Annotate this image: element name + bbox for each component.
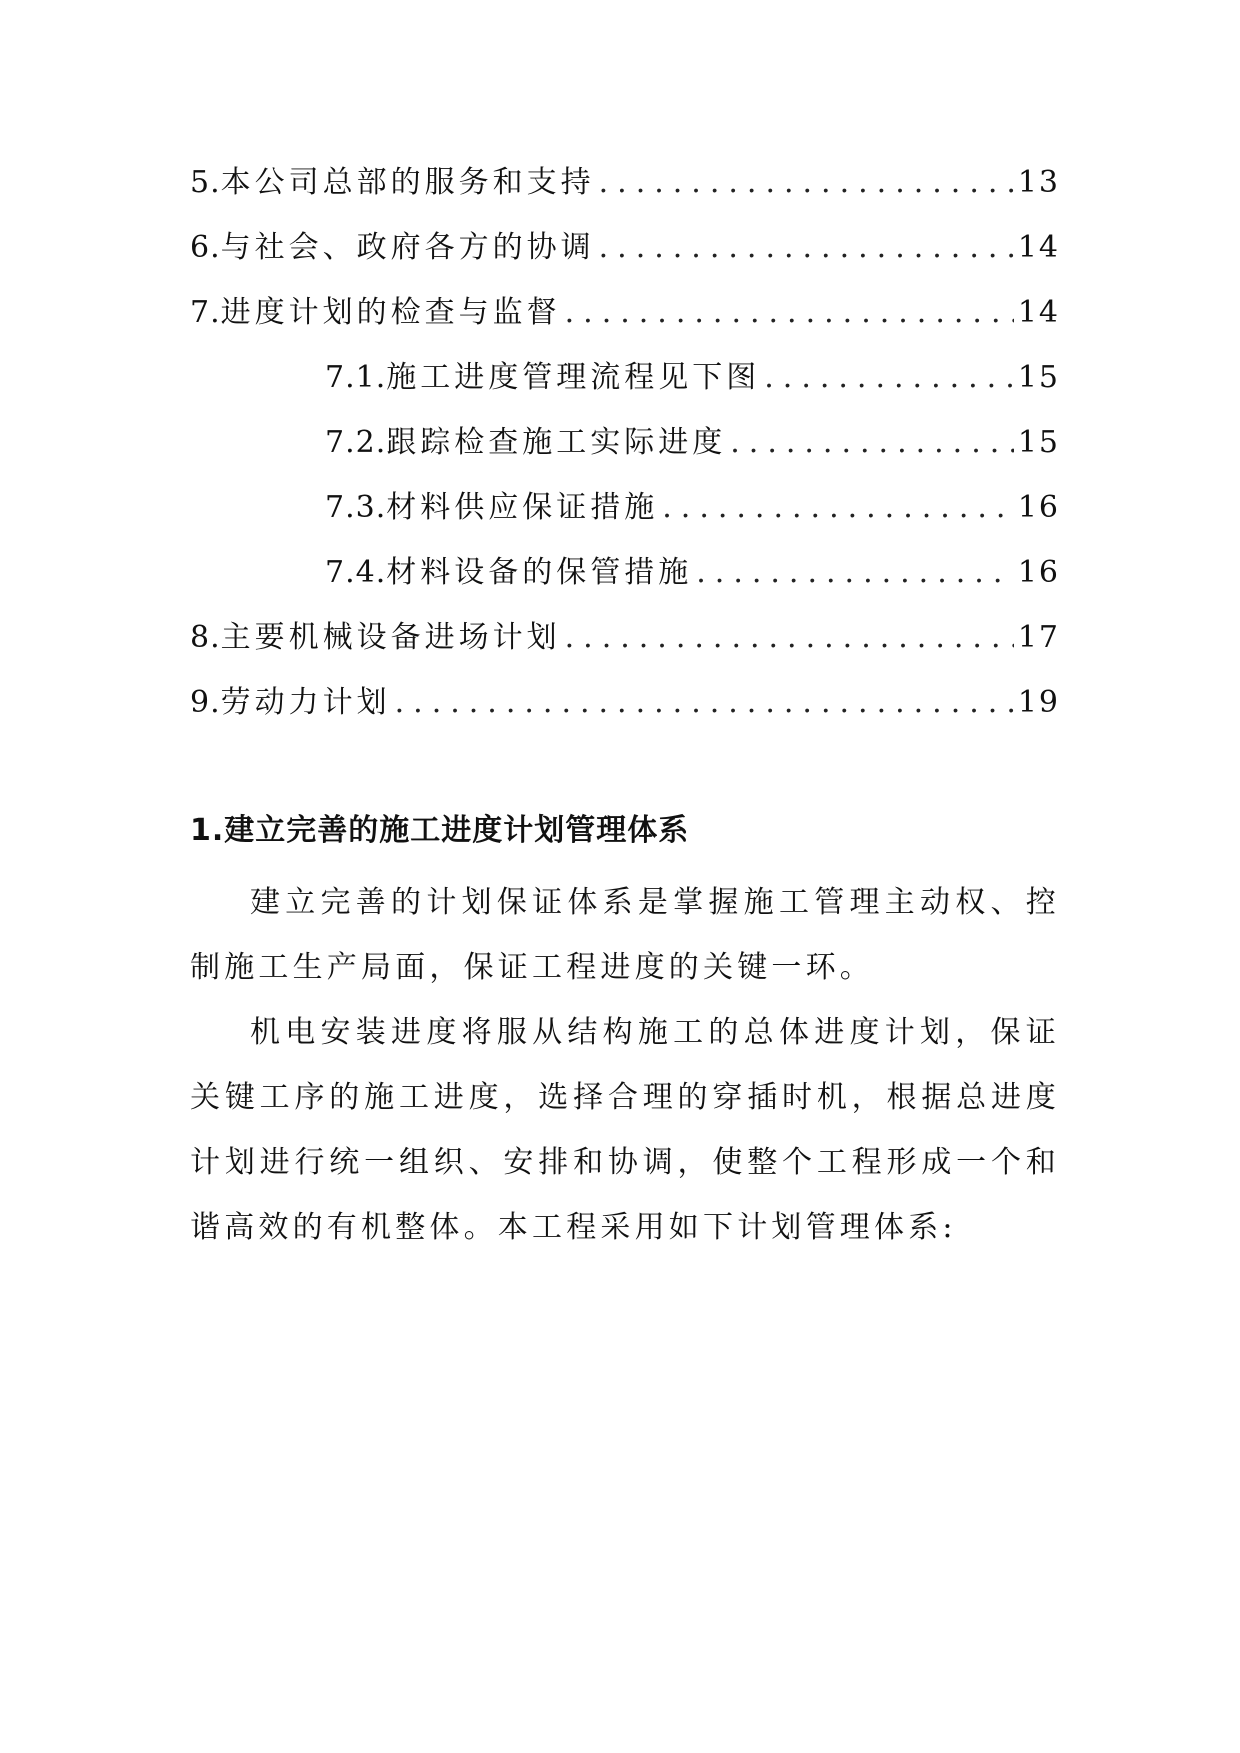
toc-entry-5[interactable]: 5. 本公司总部的服务和支持 13 bbox=[190, 150, 1060, 215]
toc-page-number: 13 bbox=[1018, 150, 1060, 215]
document-page: 5. 本公司总部的服务和支持 13 6. 与社会、政府各方的协调 14 7. 进… bbox=[0, 0, 1240, 1753]
toc-entry-6[interactable]: 6. 与社会、政府各方的协调 14 bbox=[190, 215, 1060, 280]
toc-entry-7-3[interactable]: 7.3. 材料供应保证措施 16 bbox=[190, 475, 1060, 540]
toc-page-number: 16 bbox=[1018, 475, 1060, 540]
toc-leader-dots bbox=[565, 605, 1014, 670]
toc-title: 本公司总部的服务和支持 bbox=[221, 150, 595, 215]
toc-leader-dots bbox=[599, 215, 1014, 280]
toc-number: 7. bbox=[190, 280, 221, 345]
toc-title: 施工进度管理流程见下图 bbox=[386, 345, 760, 410]
toc-page-number: 15 bbox=[1018, 410, 1060, 475]
toc-leader-dots bbox=[662, 475, 1014, 540]
toc-title: 主要机械设备进场计划 bbox=[221, 605, 561, 670]
toc-leader-dots bbox=[395, 670, 1014, 735]
toc-number: 6. bbox=[190, 215, 221, 280]
toc-number: 7.2. bbox=[325, 410, 386, 475]
toc-entry-7[interactable]: 7. 进度计划的检查与监督 14 bbox=[190, 280, 1060, 345]
toc-entry-9[interactable]: 9. 劳动力计划 19 bbox=[190, 670, 1060, 735]
toc-entry-8[interactable]: 8. 主要机械设备进场计划 17 bbox=[190, 605, 1060, 670]
toc-title: 材料设备的保管措施 bbox=[386, 540, 692, 605]
toc-page-number: 17 bbox=[1018, 605, 1060, 670]
toc-number: 8. bbox=[190, 605, 221, 670]
toc-number: 7.1. bbox=[325, 345, 386, 410]
toc-number: 5. bbox=[190, 150, 221, 215]
toc-leader-dots bbox=[730, 410, 1014, 475]
section-heading: 1.建立完善的施工进度计划管理体系 bbox=[190, 805, 689, 849]
toc-leader-dots bbox=[565, 280, 1014, 345]
toc-title: 与社会、政府各方的协调 bbox=[221, 215, 595, 280]
toc-page-number: 14 bbox=[1018, 215, 1060, 280]
toc-page-number: 16 bbox=[1018, 540, 1060, 605]
toc-title: 材料供应保证措施 bbox=[386, 475, 658, 540]
table-of-contents: 5. 本公司总部的服务和支持 13 6. 与社会、政府各方的协调 14 7. 进… bbox=[190, 150, 1060, 735]
paragraph: 建立完善的计划保证体系是掌握施工管理主动权、控制施工生产局面，保证工程进度的关键… bbox=[190, 870, 1060, 1000]
toc-number: 9. bbox=[190, 670, 221, 735]
section-body: 建立完善的计划保证体系是掌握施工管理主动权、控制施工生产局面，保证工程进度的关键… bbox=[190, 870, 1060, 1260]
toc-title: 进度计划的检查与监督 bbox=[221, 280, 561, 345]
toc-leader-dots bbox=[696, 540, 1014, 605]
toc-leader-dots bbox=[599, 150, 1014, 215]
toc-entry-7-1[interactable]: 7.1. 施工进度管理流程见下图 15 bbox=[190, 345, 1060, 410]
toc-title: 劳动力计划 bbox=[221, 670, 391, 735]
toc-page-number: 19 bbox=[1018, 670, 1060, 735]
paragraph: 机电安装进度将服从结构施工的总体进度计划，保证关键工序的施工进度，选择合理的穿插… bbox=[190, 1000, 1060, 1260]
toc-leader-dots bbox=[764, 345, 1014, 410]
toc-page-number: 15 bbox=[1018, 345, 1060, 410]
toc-title: 跟踪检查施工实际进度 bbox=[386, 410, 726, 475]
toc-number: 7.4. bbox=[325, 540, 386, 605]
toc-entry-7-4[interactable]: 7.4. 材料设备的保管措施 16 bbox=[190, 540, 1060, 605]
toc-entry-7-2[interactable]: 7.2. 跟踪检查施工实际进度 15 bbox=[190, 410, 1060, 475]
toc-number: 7.3. bbox=[325, 475, 386, 540]
toc-page-number: 14 bbox=[1018, 280, 1060, 345]
